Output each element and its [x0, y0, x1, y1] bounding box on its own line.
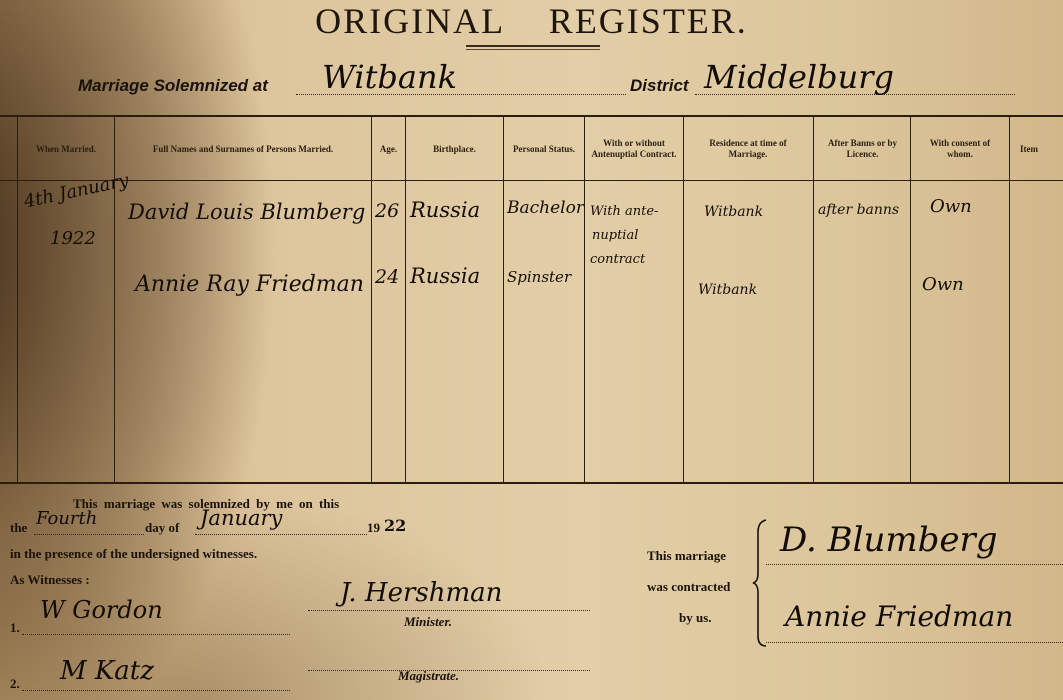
month-value: January [200, 506, 282, 530]
column-divider [813, 115, 814, 482]
table-bottom-border [0, 482, 1063, 484]
header-residence: Residence at time of Marriage. [700, 118, 796, 180]
day-value: Fourth [36, 508, 97, 529]
brace-icon [752, 518, 768, 648]
presence-statement: in the presence of the undersigned witne… [10, 546, 257, 562]
contract-line-2: nuptial [592, 228, 638, 243]
bride-name: Annie Ray Friedman [135, 272, 364, 297]
column-divider [683, 115, 684, 482]
groom-banns: after banns [818, 202, 899, 218]
contracted-line-1: This marriage [647, 548, 726, 564]
register-title: ORIGINAL REGISTER. [0, 0, 1063, 42]
the-label: the [10, 520, 27, 536]
bride-residence: Witbank [698, 282, 757, 298]
bride-age: 24 [375, 266, 399, 288]
bride-signature: Annie Friedman [785, 600, 1013, 633]
witness-1-signature: W Gordon [40, 596, 163, 624]
district-value: Middelburg [704, 58, 894, 96]
district-label: District [630, 76, 689, 96]
header-full-names: Full Names and Surnames of Persons Marri… [115, 118, 371, 180]
header-banns-licence: After Banns or by Licence. [820, 118, 905, 180]
header-age: Age. [372, 118, 405, 180]
groom-residence: Witbank [704, 204, 763, 220]
witnesses-label: As Witnesses : [10, 572, 90, 588]
contract-line-3: contract [590, 252, 645, 267]
day-of-label: day of [145, 520, 179, 536]
year-value: 22 [384, 516, 406, 535]
contract-line-1: With ante- [590, 204, 658, 219]
witness-2-signature: M Katz [60, 656, 154, 686]
column-divider [584, 115, 585, 482]
bride-birthplace: Russia [410, 264, 480, 288]
table-header-border [0, 180, 1063, 181]
table-top-border [0, 115, 1063, 117]
contracted-line-3: by us. [679, 610, 712, 626]
header-consent: With consent of whom. [920, 118, 1000, 180]
bride-status: Spinster [507, 268, 571, 286]
minister-signature: J. Hershman [340, 578, 502, 608]
solemnized-at-label: Marriage Solemnized at [78, 76, 268, 96]
when-married-year: 1922 [50, 228, 96, 249]
column-divider [910, 115, 911, 482]
groom-status: Bachelor [507, 198, 584, 218]
title-underline [466, 45, 600, 47]
bride-consent: Own [922, 274, 964, 295]
groom-age: 26 [375, 200, 399, 222]
header-when-married: When Married. [18, 118, 114, 180]
solemnized-at-value: Witbank [322, 58, 457, 96]
groom-name: David Louis Blumberg [128, 200, 365, 224]
groom-consent: Own [930, 196, 972, 217]
year-prefix: 19 [367, 520, 380, 536]
contracted-line-2: was contracted [647, 579, 730, 595]
column-divider [1009, 115, 1010, 482]
groom-signature: D. Blumberg [780, 520, 998, 560]
minister-label: Minister. [404, 614, 452, 630]
header-personal-status: Personal Status. [504, 118, 584, 180]
witness-1-number: 1. [10, 620, 20, 636]
header-birthplace: Birthplace. [406, 118, 503, 180]
groom-birthplace: Russia [410, 198, 480, 222]
witness-2-number: 2. [10, 676, 20, 692]
magistrate-label: Magistrate. [398, 668, 459, 684]
title-underline-thin [466, 49, 600, 50]
header-antenuptial-contract: With or without Antenuptial Contract. [590, 118, 678, 180]
header-item: Item [1020, 118, 1063, 180]
